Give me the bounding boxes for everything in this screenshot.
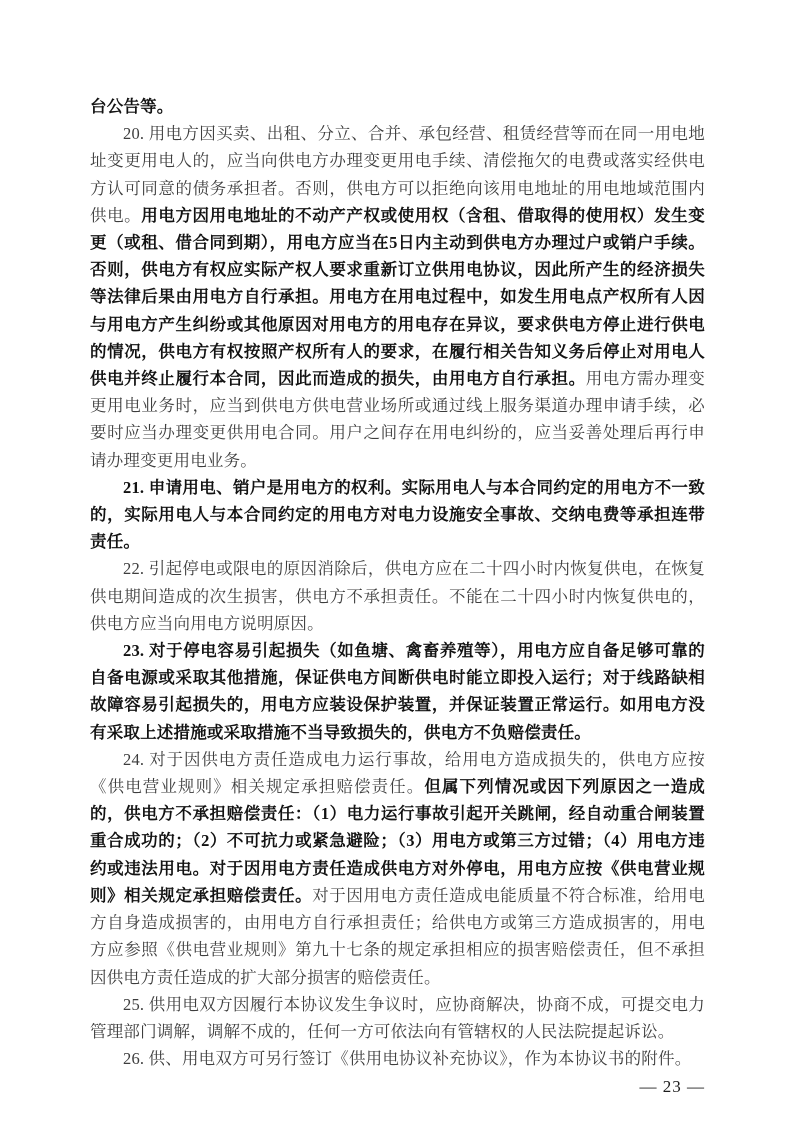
paragraph-clause-26: 26. 供、用电双方可另行签订《供用电协议补充协议》，作为本协议书的附件。 [90, 1045, 705, 1072]
paragraph-clause-25: 25. 供用电双方因履行本协议发生争议时，应协商解决，协商不成，可提交电力管理部… [90, 991, 705, 1045]
text-run: 21. 申请用电、销户是用电方的权利。实际用电人与本合同约定的用电方不一致的，实… [90, 478, 705, 551]
text-run: 用电方因用电地址的不动产产权或使用权（含租、借取得的使用权）发生变更（或租、借合… [90, 206, 705, 388]
paragraph-clause-23: 23. 对于停电容易引起损失（如鱼塘、禽畜养殖等），用电方应自备足够可靠的自备电… [90, 637, 705, 746]
text-run: 26. 供、用电双方可另行签订《供用电协议补充协议》，作为本协议书的附件。 [123, 1049, 691, 1068]
paragraph-clause-24: 24. 对于因供电方责任造成电力运行事故，给用电方造成损失的，供电方应按《供电营… [90, 746, 705, 991]
text-run: 台公告等。 [90, 97, 174, 116]
text-run: 25. 供用电双方因履行本协议发生争议时，应协商解决，协商不成，可提交电力管理部… [90, 995, 705, 1041]
paragraph-clause-20: 20. 用电方因买卖、出租、分立、合并、承包经营、租赁经营等而在同一用电地址变更… [90, 120, 705, 474]
paragraph-clause-21: 21. 申请用电、销户是用电方的权利。实际用电人与本合同约定的用电方不一致的，实… [90, 474, 705, 556]
paragraph-clause-22: 22. 引起停电或限电的原因消除后，供电方应在二十四小时内恢复供电，在恢复供电期… [90, 555, 705, 637]
text-run: 22. 引起停电或限电的原因消除后，供电方应在二十四小时内恢复供电，在恢复供电期… [90, 559, 705, 632]
paragraph-continuation: 台公告等。 [90, 93, 705, 120]
document-page: 台公告等。 20. 用电方因买卖、出租、分立、合并、承包经营、租赁经营等而在同一… [0, 0, 793, 1122]
text-run: 23. 对于停电容易引起损失（如鱼塘、禽畜养殖等），用电方应自备足够可靠的自备电… [90, 641, 705, 742]
contract-clauses-body: 台公告等。 20. 用电方因买卖、出租、分立、合并、承包经营、租赁经营等而在同一… [90, 93, 705, 1072]
page-number: — 23 — [90, 1073, 705, 1100]
